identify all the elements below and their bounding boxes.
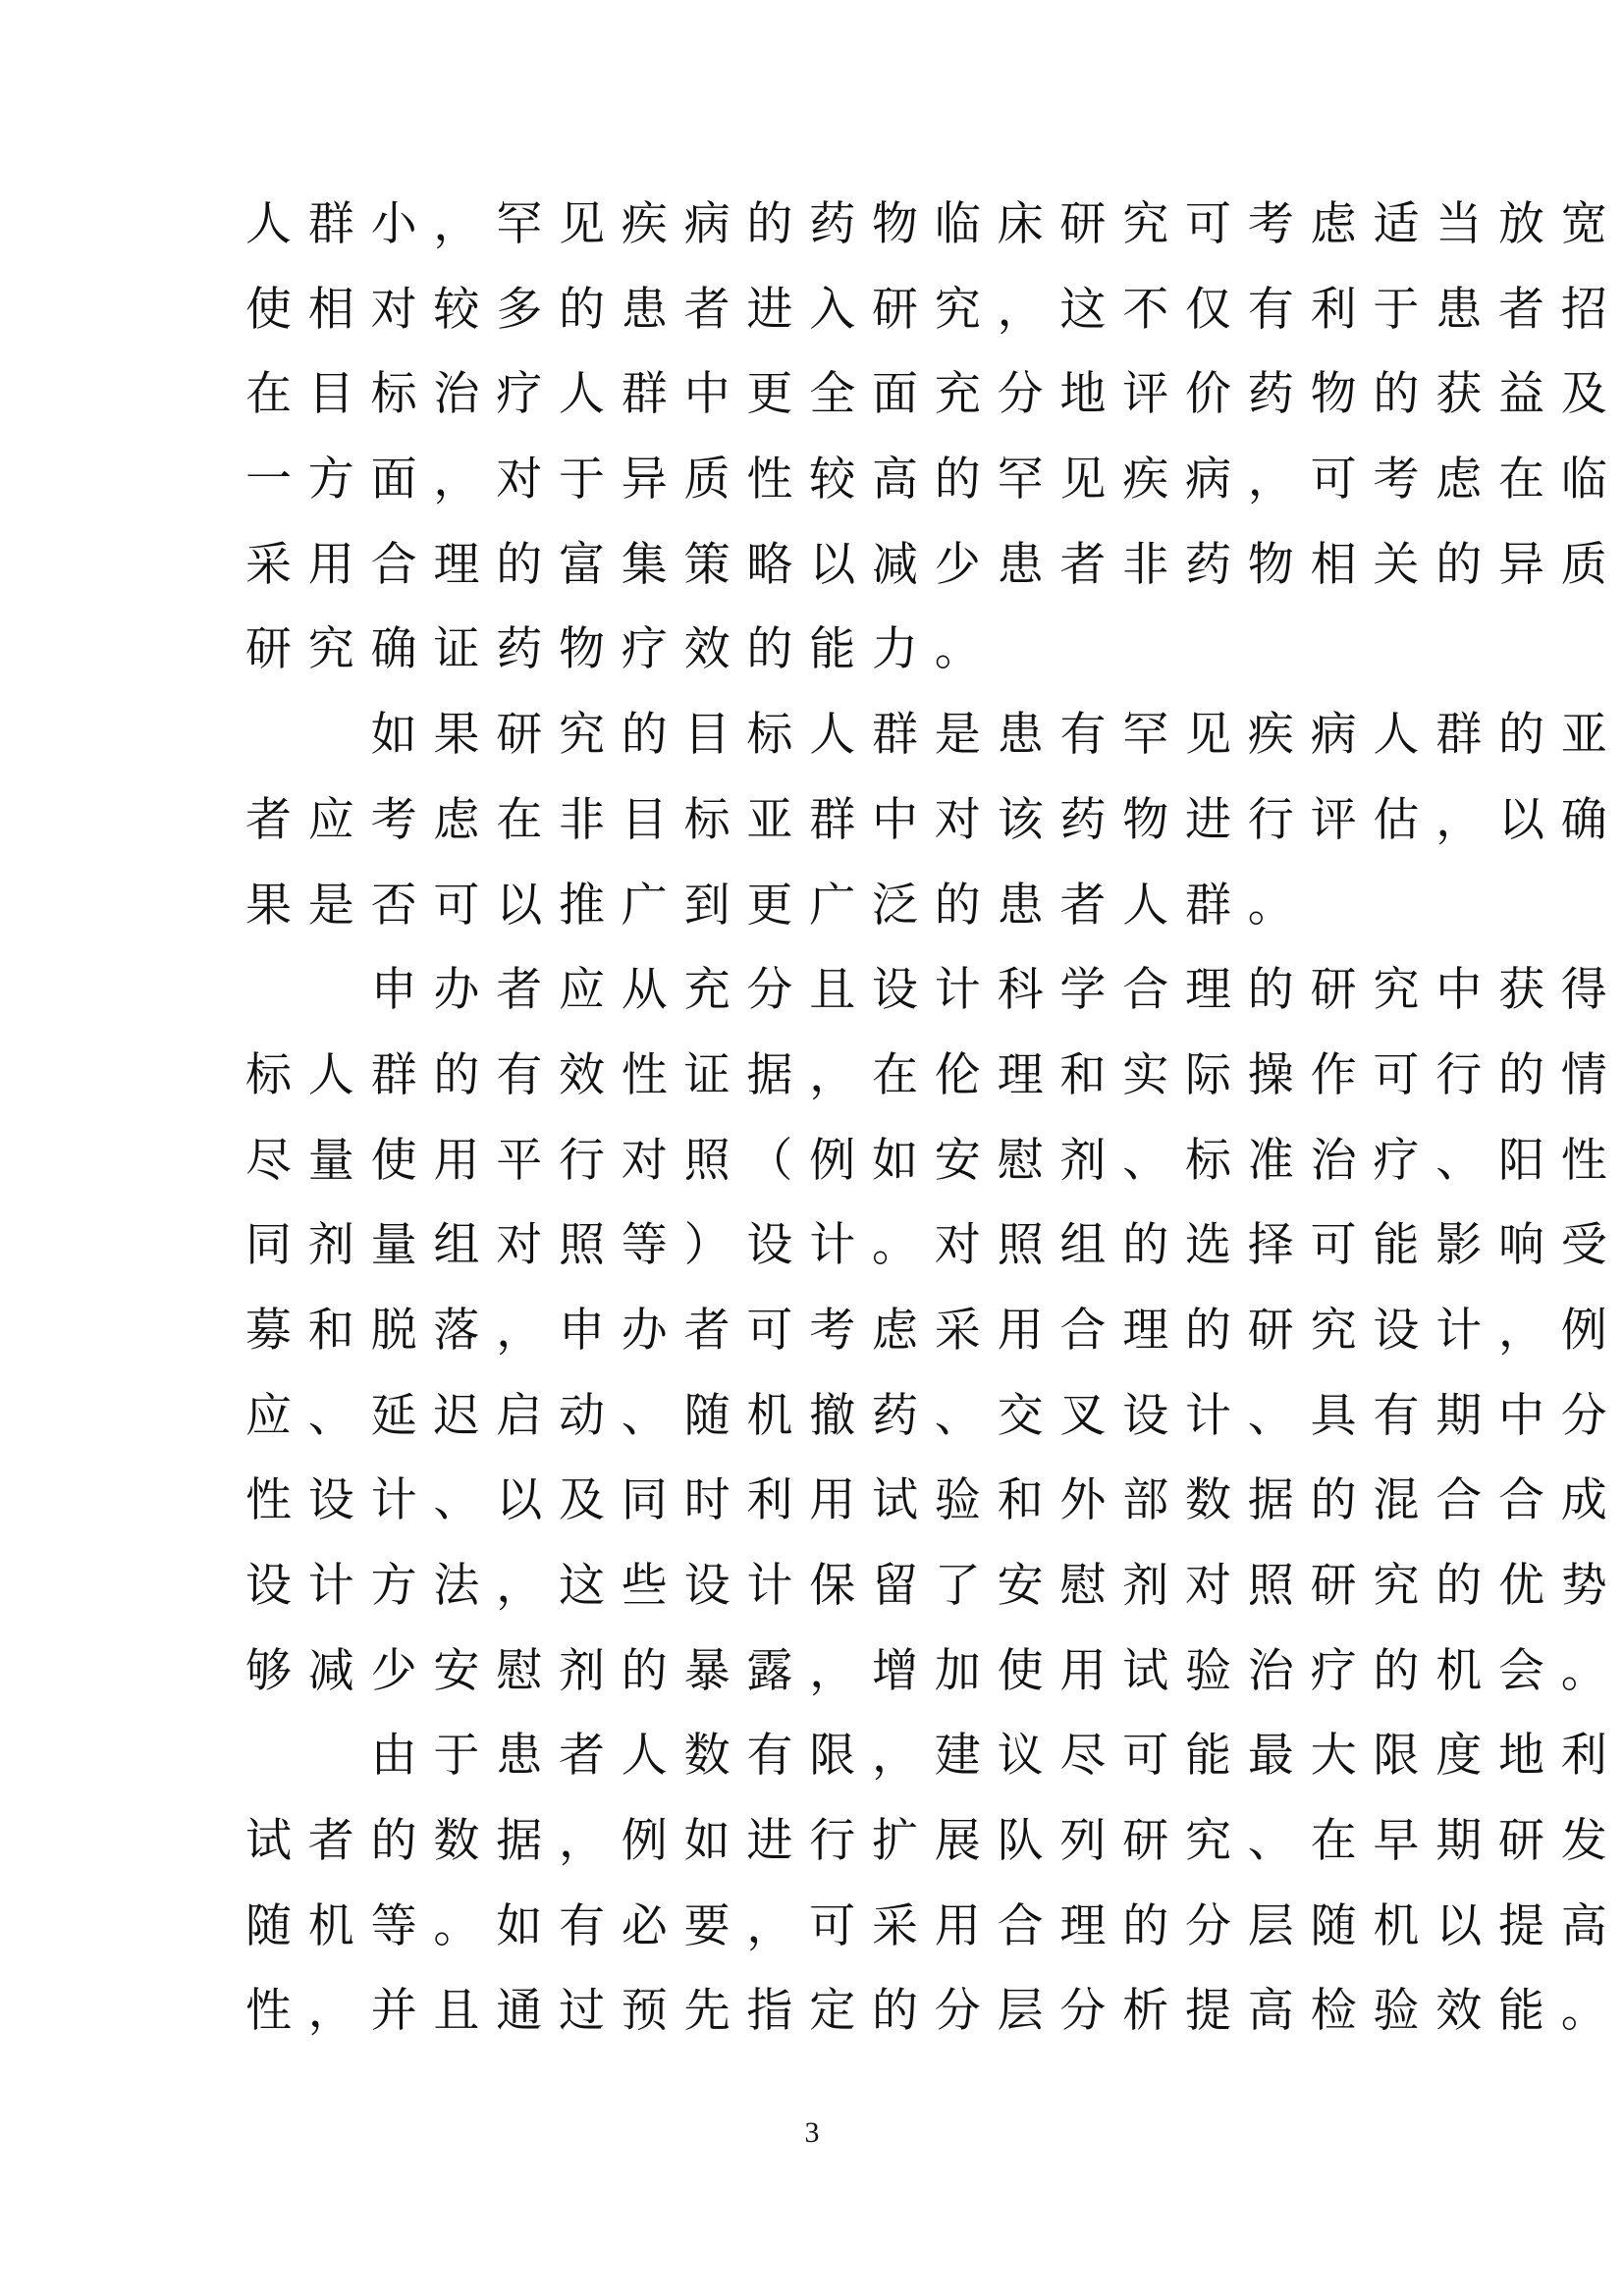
text-line: 如果研究的目标人群是患有罕见疾病人群的亚群，申办 xyxy=(245,703,1384,788)
page-number: 3 xyxy=(0,2116,1624,2150)
text-line: 性设计、以及同时利用试验和外部数据的混合合成对照组等 xyxy=(245,1468,1384,1554)
text-line: 尽量使用平行对照（例如安慰剂、标准治疗、阳性药物、不 xyxy=(245,1129,1384,1214)
paragraph-2: 如果研究的目标人群是患有罕见疾病人群的亚群，申办 者应考虑在非目标亚群中对该药物… xyxy=(245,703,1384,958)
text-line: 同剂量组对照等）设计。对照组的选择可能影响受试者的招 xyxy=(245,1213,1384,1299)
text-line: 申办者应从充分且设计科学合理的研究中获得确证目 xyxy=(245,958,1384,1043)
text-line: 设计方法，这些设计保留了安慰剂对照研究的优势，并且能 xyxy=(245,1554,1384,1639)
paragraph-1: 人群小，罕见疾病的药物临床研究可考虑适当放宽入排标准 使相对较多的患者进入研究，… xyxy=(245,192,1384,703)
text-line: 募和脱落，申办者可考虑采用合理的研究设计，例如剂量效 xyxy=(245,1299,1384,1384)
text-line: 应、延迟启动、随机撤药、交叉设计、具有期中分析的适应 xyxy=(245,1384,1384,1469)
text-line: 果是否可以推广到更广泛的患者人群。 xyxy=(245,874,1384,959)
text-line: 采用合理的富集策略以减少患者非药物相关的异质性，增强 xyxy=(245,533,1384,618)
text-line: 一方面，对于异质性较高的罕见疾病，可考虑在临床研究中 xyxy=(245,448,1384,533)
text-line: 者应考虑在非目标亚群中对该药物进行评估，以确定研究结 xyxy=(245,788,1384,874)
text-line: 性，并且通过预先指定的分层分析提高检验效能。 xyxy=(245,1979,1384,2064)
text-line: 研究确证药物疗效的能力。 xyxy=(245,617,1384,703)
text-line: 试者的数据，例如进行扩展队列研究、在早期研发阶段进行 xyxy=(245,1809,1384,1895)
text-line: 由于患者人数有限，建议尽可能最大限度地利用每个受 xyxy=(245,1724,1384,1809)
paragraph-3: 申办者应从充分且设计科学合理的研究中获得确证目 标人群的有效性证据，在伦理和实际… xyxy=(245,958,1384,1724)
paragraph-4: 由于患者人数有限，建议尽可能最大限度地利用每个受 试者的数据，例如进行扩展队列研… xyxy=(245,1724,1384,2064)
document-page: 人群小，罕见疾病的药物临床研究可考虑适当放宽入排标准 使相对较多的患者进入研究，… xyxy=(0,0,1624,2296)
text-line: 标人群的有效性证据，在伦理和实际操作可行的情况下，应 xyxy=(245,1043,1384,1129)
body-text: 人群小，罕见疾病的药物临床研究可考虑适当放宽入排标准 使相对较多的患者进入研究，… xyxy=(245,192,1384,2064)
text-line: 随机等。如有必要，可采用合理的分层随机以提高组间可比 xyxy=(245,1895,1384,1980)
text-line: 够减少安慰剂的暴露，增加使用试验治疗的机会。 xyxy=(245,1639,1384,1725)
text-line: 使相对较多的患者进入研究，这不仅有利于患者招募，也能 xyxy=(245,278,1384,363)
text-line: 在目标治疗人群中更全面充分地评价药物的获益及风险。另 xyxy=(245,362,1384,448)
text-line: 人群小，罕见疾病的药物临床研究可考虑适当放宽入排标准 xyxy=(245,192,1384,278)
